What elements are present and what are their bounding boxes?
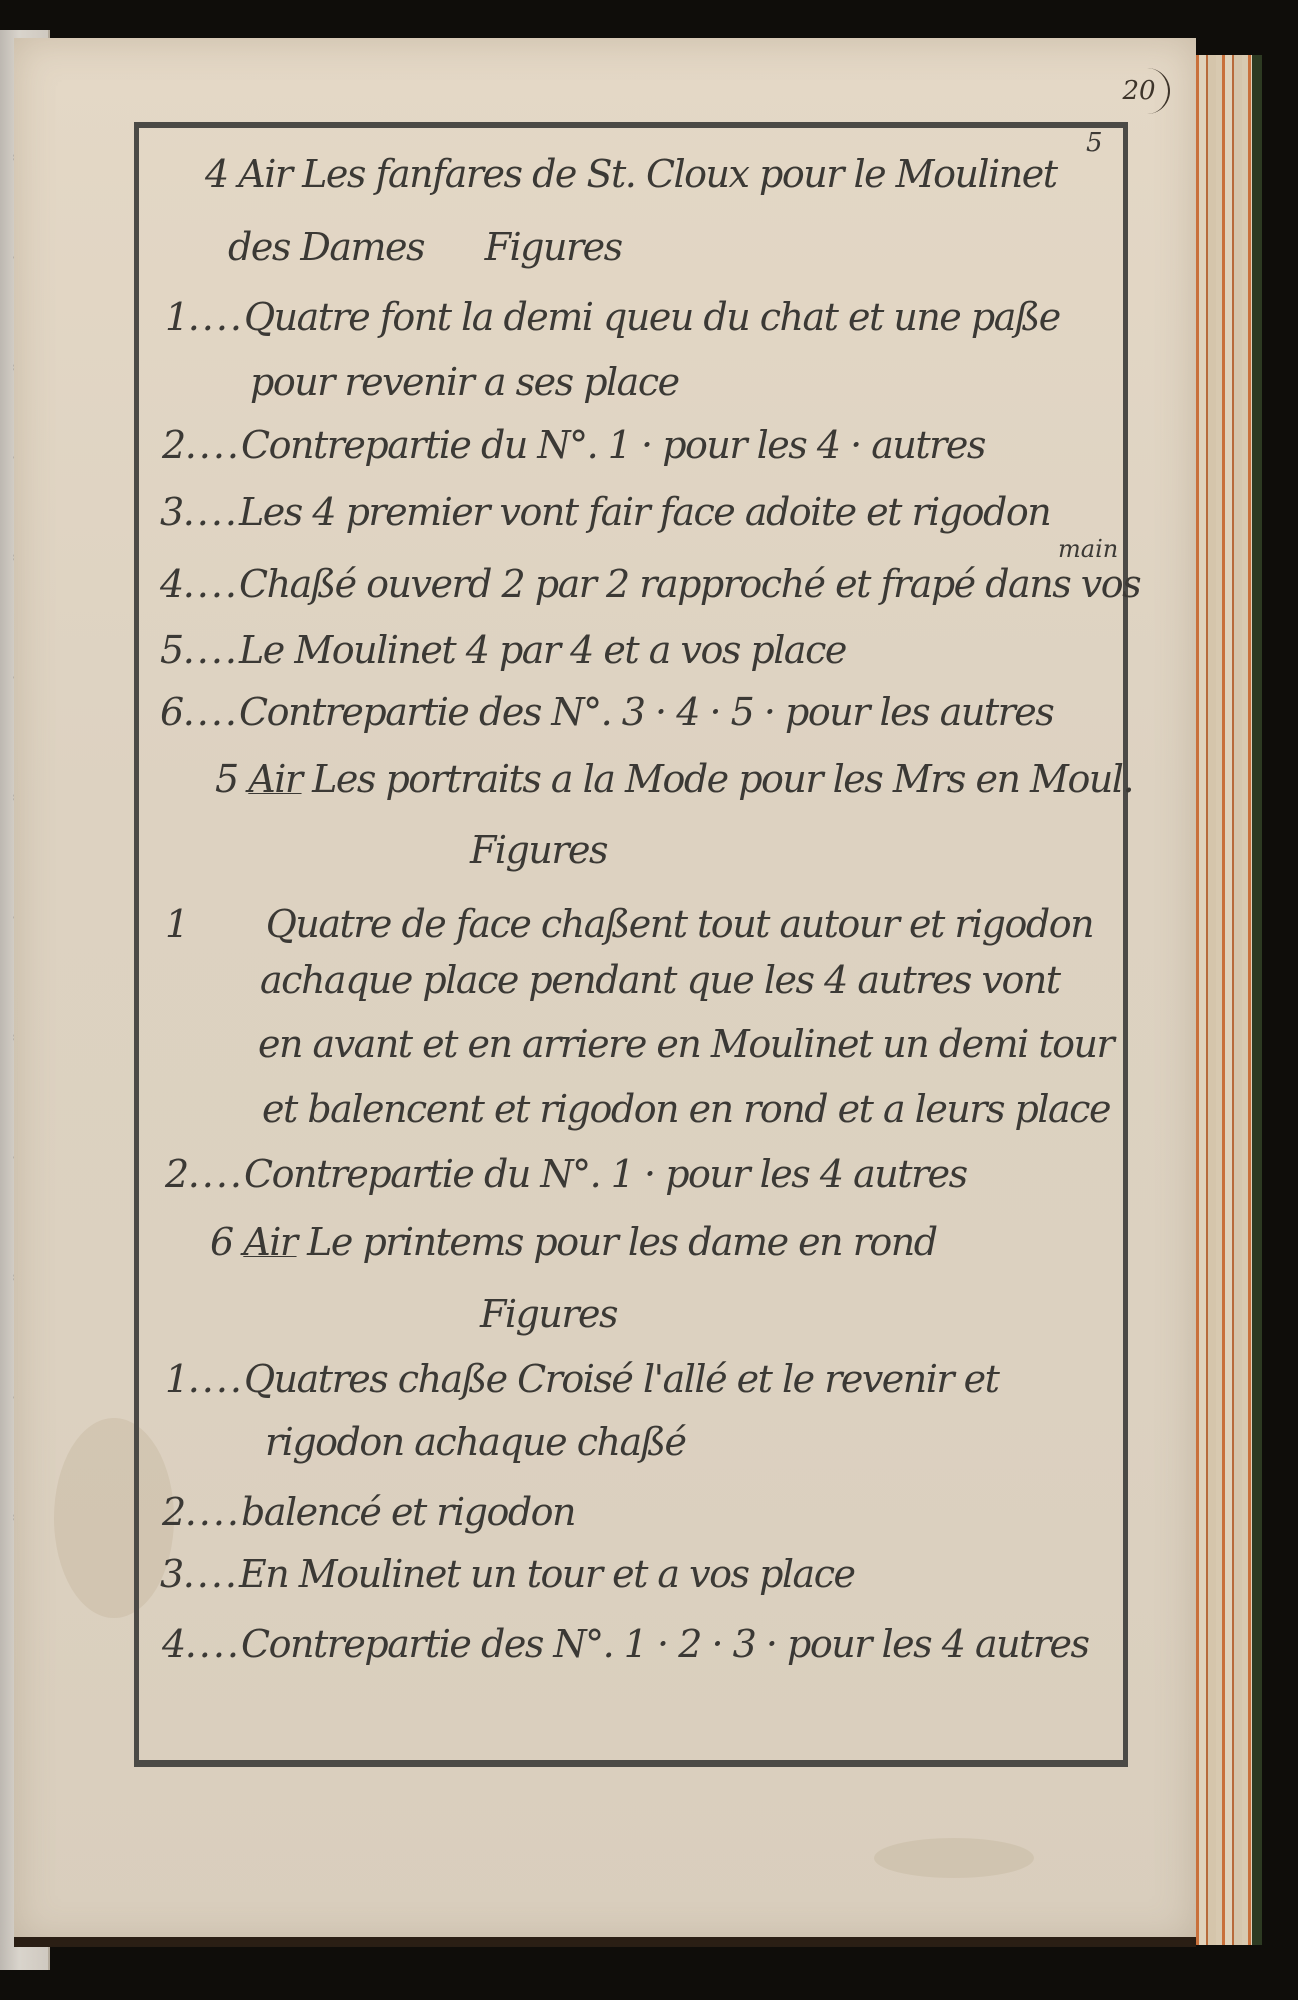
dot-leader: ....: [183, 628, 239, 672]
dot-leader: ....: [185, 1622, 241, 1666]
figure-number: 4: [162, 1622, 185, 1666]
air-label: Air: [238, 152, 291, 196]
figure-number: 6: [160, 690, 183, 734]
section-number: 4: [205, 152, 228, 196]
figure-line: 6....Contrepartie des N°. 3 · 4 · 5 · po…: [160, 690, 1053, 734]
dot-leader: ....: [188, 1357, 244, 1401]
figure-line: 2....balencé et rigodon: [162, 1490, 575, 1534]
air-title: Les fanfares de St. Cloux pour le Moulin…: [302, 152, 1056, 196]
figure-number: 4: [160, 562, 183, 606]
air-label: Air: [248, 757, 301, 801]
dot-leader: ....: [183, 690, 239, 734]
figure-line-cont: rigodon achaque chaßé: [265, 1420, 686, 1464]
figure-number: 1: [165, 1357, 188, 1401]
dot-leader: ....: [183, 562, 239, 606]
section-number: 6: [210, 1220, 233, 1264]
figure-line-cont: achaque place pendant que les 4 autres v…: [260, 958, 1060, 1002]
figure-text: Contrepartie du N°. 1 · pour les 4 · aut…: [241, 423, 985, 467]
figure-line-cont: et balencent et rigodon en rond et a leu…: [262, 1087, 1110, 1131]
figure-line-cont: en avant et en arriere en Moulinet un de…: [258, 1022, 1113, 1066]
margin-note: main: [1058, 535, 1118, 563]
page-block-edges: [1190, 55, 1262, 1945]
figure-text: Chaßé ouverd 2 par 2 rapproché et frapé …: [239, 562, 1140, 606]
figures-label: Figures: [480, 1292, 617, 1336]
figure-number: 2: [162, 423, 185, 467]
figure-text: et balencent et rigodon en rond et a leu…: [262, 1087, 1110, 1131]
figure-text: pour revenir a ses place: [250, 360, 679, 404]
figure-line: 5....Le Moulinet 4 par 4 et a vos place: [160, 628, 846, 672]
section-heading: 5 Air Les portraits a la Mode pour les M…: [215, 757, 1133, 801]
figure-line: 1....Quatre font la demi queu du chat et…: [165, 295, 1060, 339]
figure-number: 2: [165, 1152, 188, 1196]
section-heading-cont: des Dames Figures: [228, 225, 622, 269]
figure-line: 2....Contrepartie du N°. 1 · pour les 4 …: [162, 423, 985, 467]
figure-line: 4....Contrepartie des N°. 1 · 2 · 3 · po…: [162, 1622, 1089, 1666]
figure-text: en avant et en arriere en Moulinet un de…: [258, 1022, 1113, 1066]
section-heading: 6 Air Le printems pour les dame en rond: [210, 1220, 937, 1264]
figure-text: rigodon achaque chaßé: [265, 1420, 686, 1464]
figure-text: Quatres chaße Croisé l'allé et le reveni…: [244, 1357, 998, 1401]
figure-text: Contrepartie des N°. 1 · 2 · 3 · pour le…: [241, 1622, 1088, 1666]
figure-number: 3: [160, 1552, 183, 1596]
figure-number: 1: [165, 902, 188, 946]
figure-number: 1: [165, 295, 188, 339]
figures-heading: Figures: [480, 1292, 617, 1336]
figure-text: Contrepartie des N°. 3 · 4 · 5 · pour le…: [239, 690, 1053, 734]
figure-line: 1Quatre de face chaßent tout autour et r…: [165, 902, 1093, 946]
figure-line: 3....En Moulinet un tour et a vos place: [160, 1552, 854, 1596]
dot-leader: ....: [188, 1152, 244, 1196]
air-title-cont: des Dames: [228, 225, 424, 269]
air-title: Le printems pour les dame en rond: [307, 1220, 936, 1264]
dot-leader: ....: [185, 1490, 241, 1534]
figure-text: achaque place pendant que les 4 autres v…: [260, 958, 1060, 1002]
figure-text: Quatre de face chaßent tout autour et ri…: [266, 902, 1093, 946]
paper-crease: [874, 1838, 1034, 1878]
figure-text: Le Moulinet 4 par 4 et a vos place: [239, 628, 846, 672]
section-number: 5: [215, 757, 238, 801]
figure-text: balencé et rigodon: [241, 1490, 575, 1534]
figure-text: En Moulinet un tour et a vos place: [239, 1552, 854, 1596]
air-title: Les portraits a la Mode pour les Mrs en …: [312, 757, 1133, 801]
dot-leader: ....: [183, 1552, 239, 1596]
figure-line: 1....Quatres chaße Croisé l'allé et le r…: [165, 1357, 998, 1401]
figure-text: Quatre font la demi queu du chat et une …: [244, 295, 1060, 339]
dot-leader: ....: [188, 295, 244, 339]
figure-line: 4....Chaßé ouverd 2 par 2 rapproché et f…: [160, 562, 1140, 606]
figure-number: 5: [160, 628, 183, 672]
air-label: Air: [243, 1220, 296, 1264]
figure-line: 2....Contrepartie du N°. 1 · pour les 4 …: [165, 1152, 967, 1196]
figures-heading: Figures: [470, 828, 607, 872]
section-heading: 4 Air Les fanfares de St. Cloux pour le …: [205, 152, 1056, 196]
figure-line-cont: pour revenir a ses place: [250, 360, 679, 404]
dot-leader: ....: [183, 490, 239, 534]
page-number: 20: [1110, 68, 1170, 114]
figure-text: Les 4 premier vont fair face adoite et r…: [239, 490, 1050, 534]
figure-text: Contrepartie du N°. 1 · pour les 4 autre…: [244, 1152, 967, 1196]
figures-label: Figures: [470, 828, 607, 872]
figure-number: 2: [162, 1490, 185, 1534]
figure-number: 3: [160, 490, 183, 534]
figures-label: Figures: [485, 225, 622, 269]
figure-line: 3....Les 4 premier vont fair face adoite…: [160, 490, 1050, 534]
dot-leader: ....: [185, 423, 241, 467]
